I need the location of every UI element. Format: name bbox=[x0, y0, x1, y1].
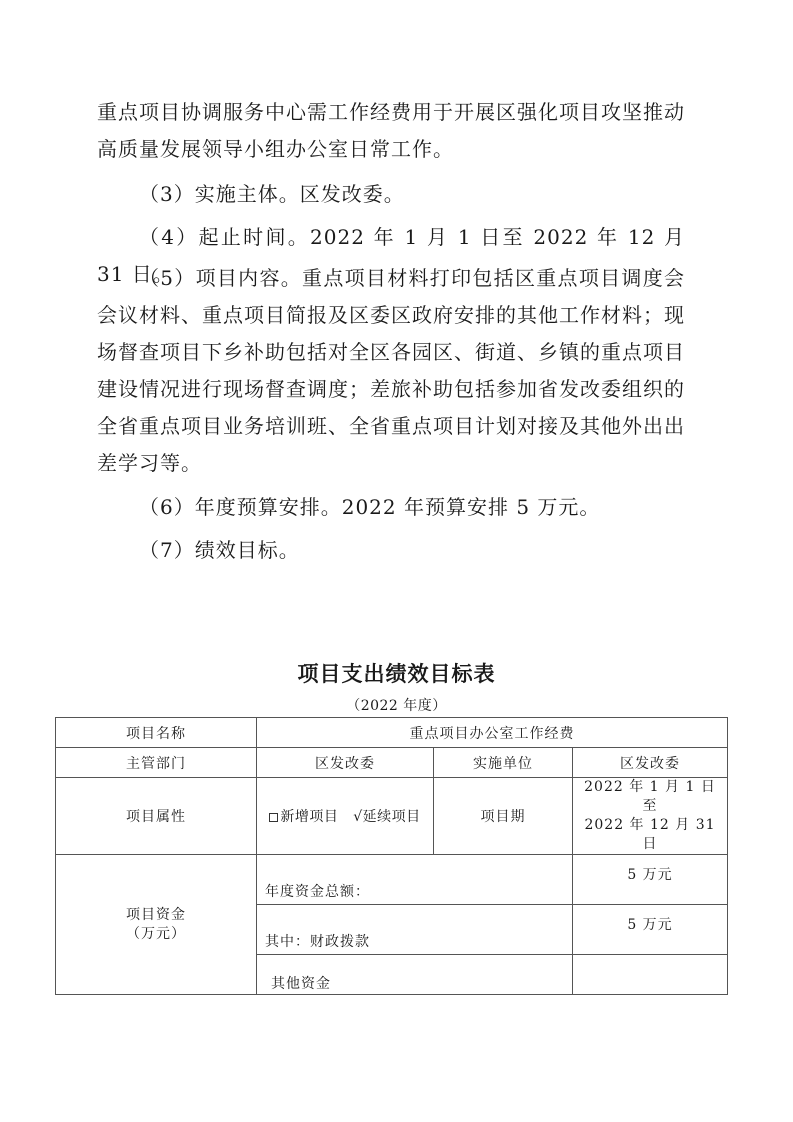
other-funds-value bbox=[573, 955, 728, 995]
fiscal-funds-label: 其中：财政拨款 bbox=[257, 905, 573, 955]
attr-value: 新增项目 √延续项目 bbox=[257, 778, 434, 855]
table-title: 项目支出绩效目标表 bbox=[0, 658, 793, 688]
checkbox-icon bbox=[269, 813, 278, 822]
table-row: 项目名称 重点项目办公室工作经费 bbox=[56, 718, 728, 748]
impl-label: 实施单位 bbox=[434, 748, 573, 778]
paragraph-implementer: （3）实施主体。区发改委。 bbox=[97, 176, 685, 213]
paragraph-text: 重点项目协调服务中心需工作经费用于开展区强化项目攻坚推动高质量发展领导小组办公室… bbox=[97, 94, 685, 168]
performance-goal-table: 项目名称 重点项目办公室工作经费 主管部门 区发改委 实施单位 区发改委 项目属… bbox=[55, 717, 728, 995]
total-funds-value: 5 万元 bbox=[573, 855, 728, 905]
project-name-label: 项目名称 bbox=[56, 718, 257, 748]
funds-label-line1: 项目资金 bbox=[60, 906, 252, 925]
project-name-value: 重点项目办公室工作经费 bbox=[257, 718, 728, 748]
attr-label: 项目属性 bbox=[56, 778, 257, 855]
period-label: 项目期 bbox=[434, 778, 573, 855]
funds-label-line2: （万元） bbox=[60, 925, 252, 944]
paragraph-text: （6）年度预算安排。2022 年预算安排 5 万元。 bbox=[97, 489, 685, 526]
period-start: 2022 年 1 月 1 日至 bbox=[577, 778, 723, 816]
paragraph-text: （5）项目内容。重点项目材料打印包括区重点项目调度会会议材料、重点项目简报及区委… bbox=[97, 260, 685, 482]
paragraph-content: （5）项目内容。重点项目材料打印包括区重点项目调度会会议材料、重点项目简报及区委… bbox=[97, 260, 685, 482]
paragraph-continuation: 重点项目协调服务中心需工作经费用于开展区强化项目攻坚推动高质量发展领导小组办公室… bbox=[97, 94, 685, 168]
period-end: 2022 年 12 月 31 日 bbox=[577, 816, 723, 854]
document-page: 重点项目协调服务中心需工作经费用于开展区强化项目攻坚推动高质量发展领导小组办公室… bbox=[0, 0, 793, 1122]
table-subtitle: （2022 年度） bbox=[0, 695, 793, 715]
paragraph-text: （3）实施主体。区发改委。 bbox=[97, 176, 685, 213]
table-row: 主管部门 区发改委 实施单位 区发改委 bbox=[56, 748, 728, 778]
fiscal-funds-value: 5 万元 bbox=[573, 905, 728, 955]
table-row: 项目资金 （万元） 年度资金总额： 5 万元 bbox=[56, 855, 728, 905]
funds-label: 项目资金 （万元） bbox=[56, 855, 257, 995]
period-value: 2022 年 1 月 1 日至 2022 年 12 月 31 日 bbox=[573, 778, 728, 855]
table-row: 项目属性 新增项目 √延续项目 项目期 2022 年 1 月 1 日至 2022… bbox=[56, 778, 728, 855]
paragraph-budget: （6）年度预算安排。2022 年预算安排 5 万元。 bbox=[97, 489, 685, 526]
total-funds-label: 年度资金总额： bbox=[257, 855, 573, 905]
other-funds-label: 其他资金 bbox=[257, 955, 573, 995]
paragraph-goals: （7）绩效目标。 bbox=[97, 532, 685, 569]
dept-label: 主管部门 bbox=[56, 748, 257, 778]
paragraph-text: （7）绩效目标。 bbox=[97, 532, 685, 569]
dept-value: 区发改委 bbox=[257, 748, 434, 778]
checkmark-icon: √ bbox=[353, 809, 362, 825]
impl-value: 区发改委 bbox=[573, 748, 728, 778]
attr-continue-label: 延续项目 bbox=[363, 809, 421, 825]
attr-new-label: 新增项目 bbox=[280, 809, 338, 825]
